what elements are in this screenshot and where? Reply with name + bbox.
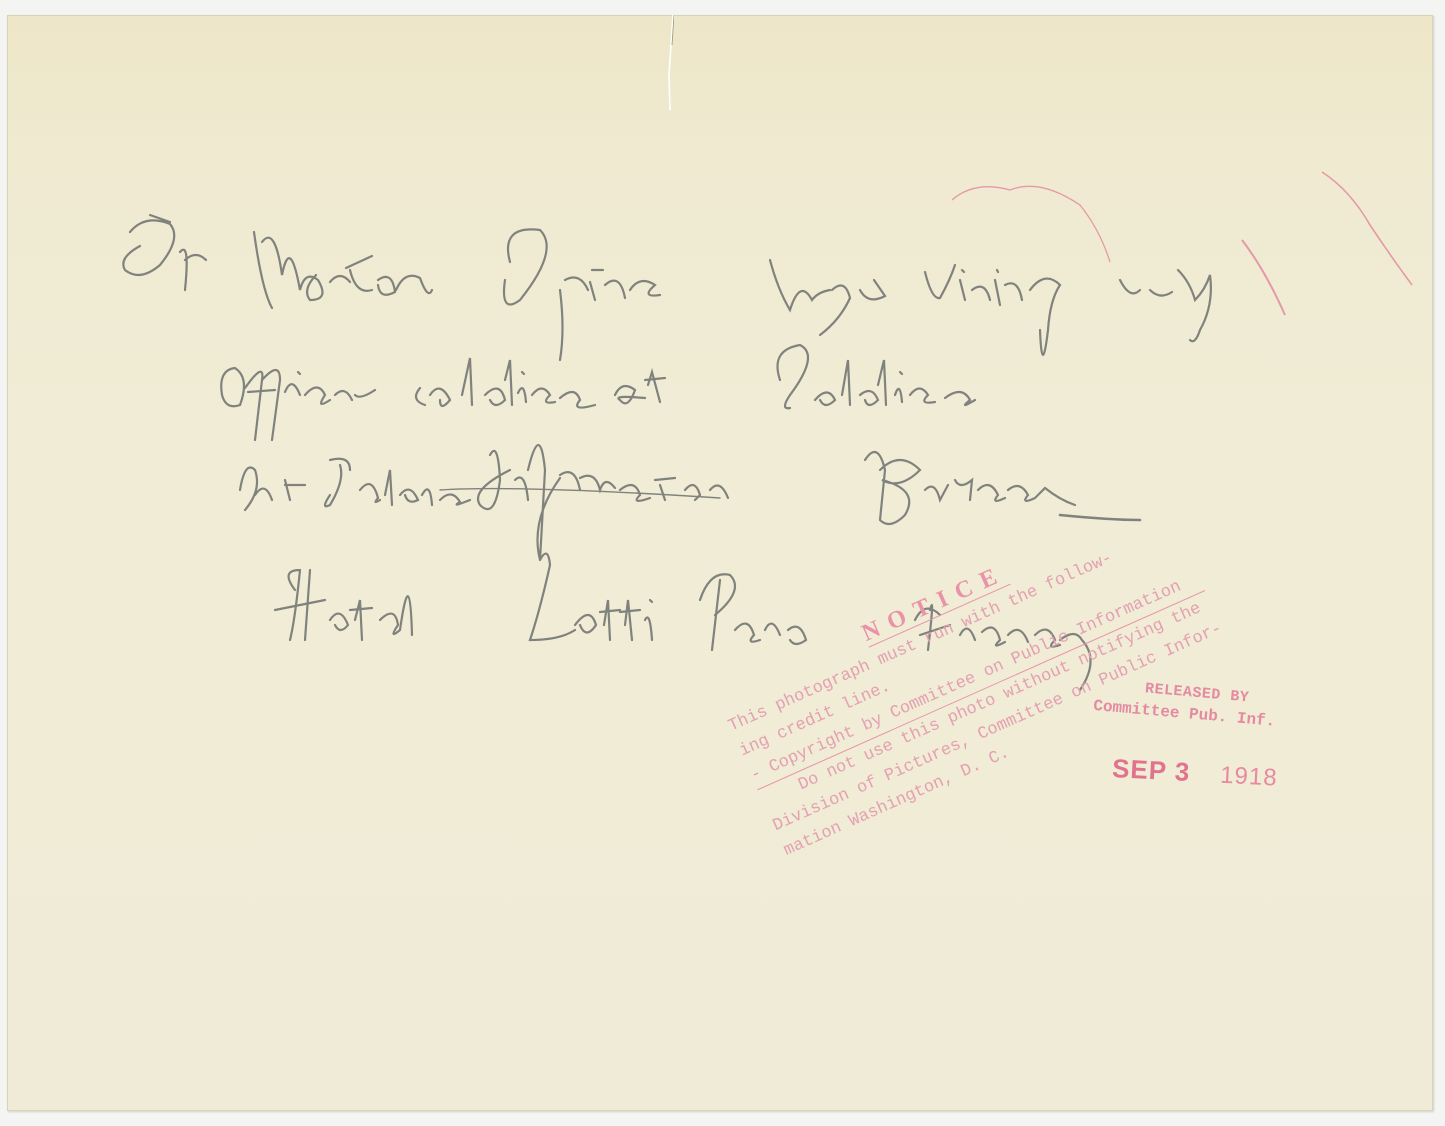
- date-stamp-day: SEP 3: [1111, 753, 1191, 787]
- handwritten-caption: [0, 0, 1445, 1126]
- date-stamp-year: 1918: [1220, 762, 1279, 792]
